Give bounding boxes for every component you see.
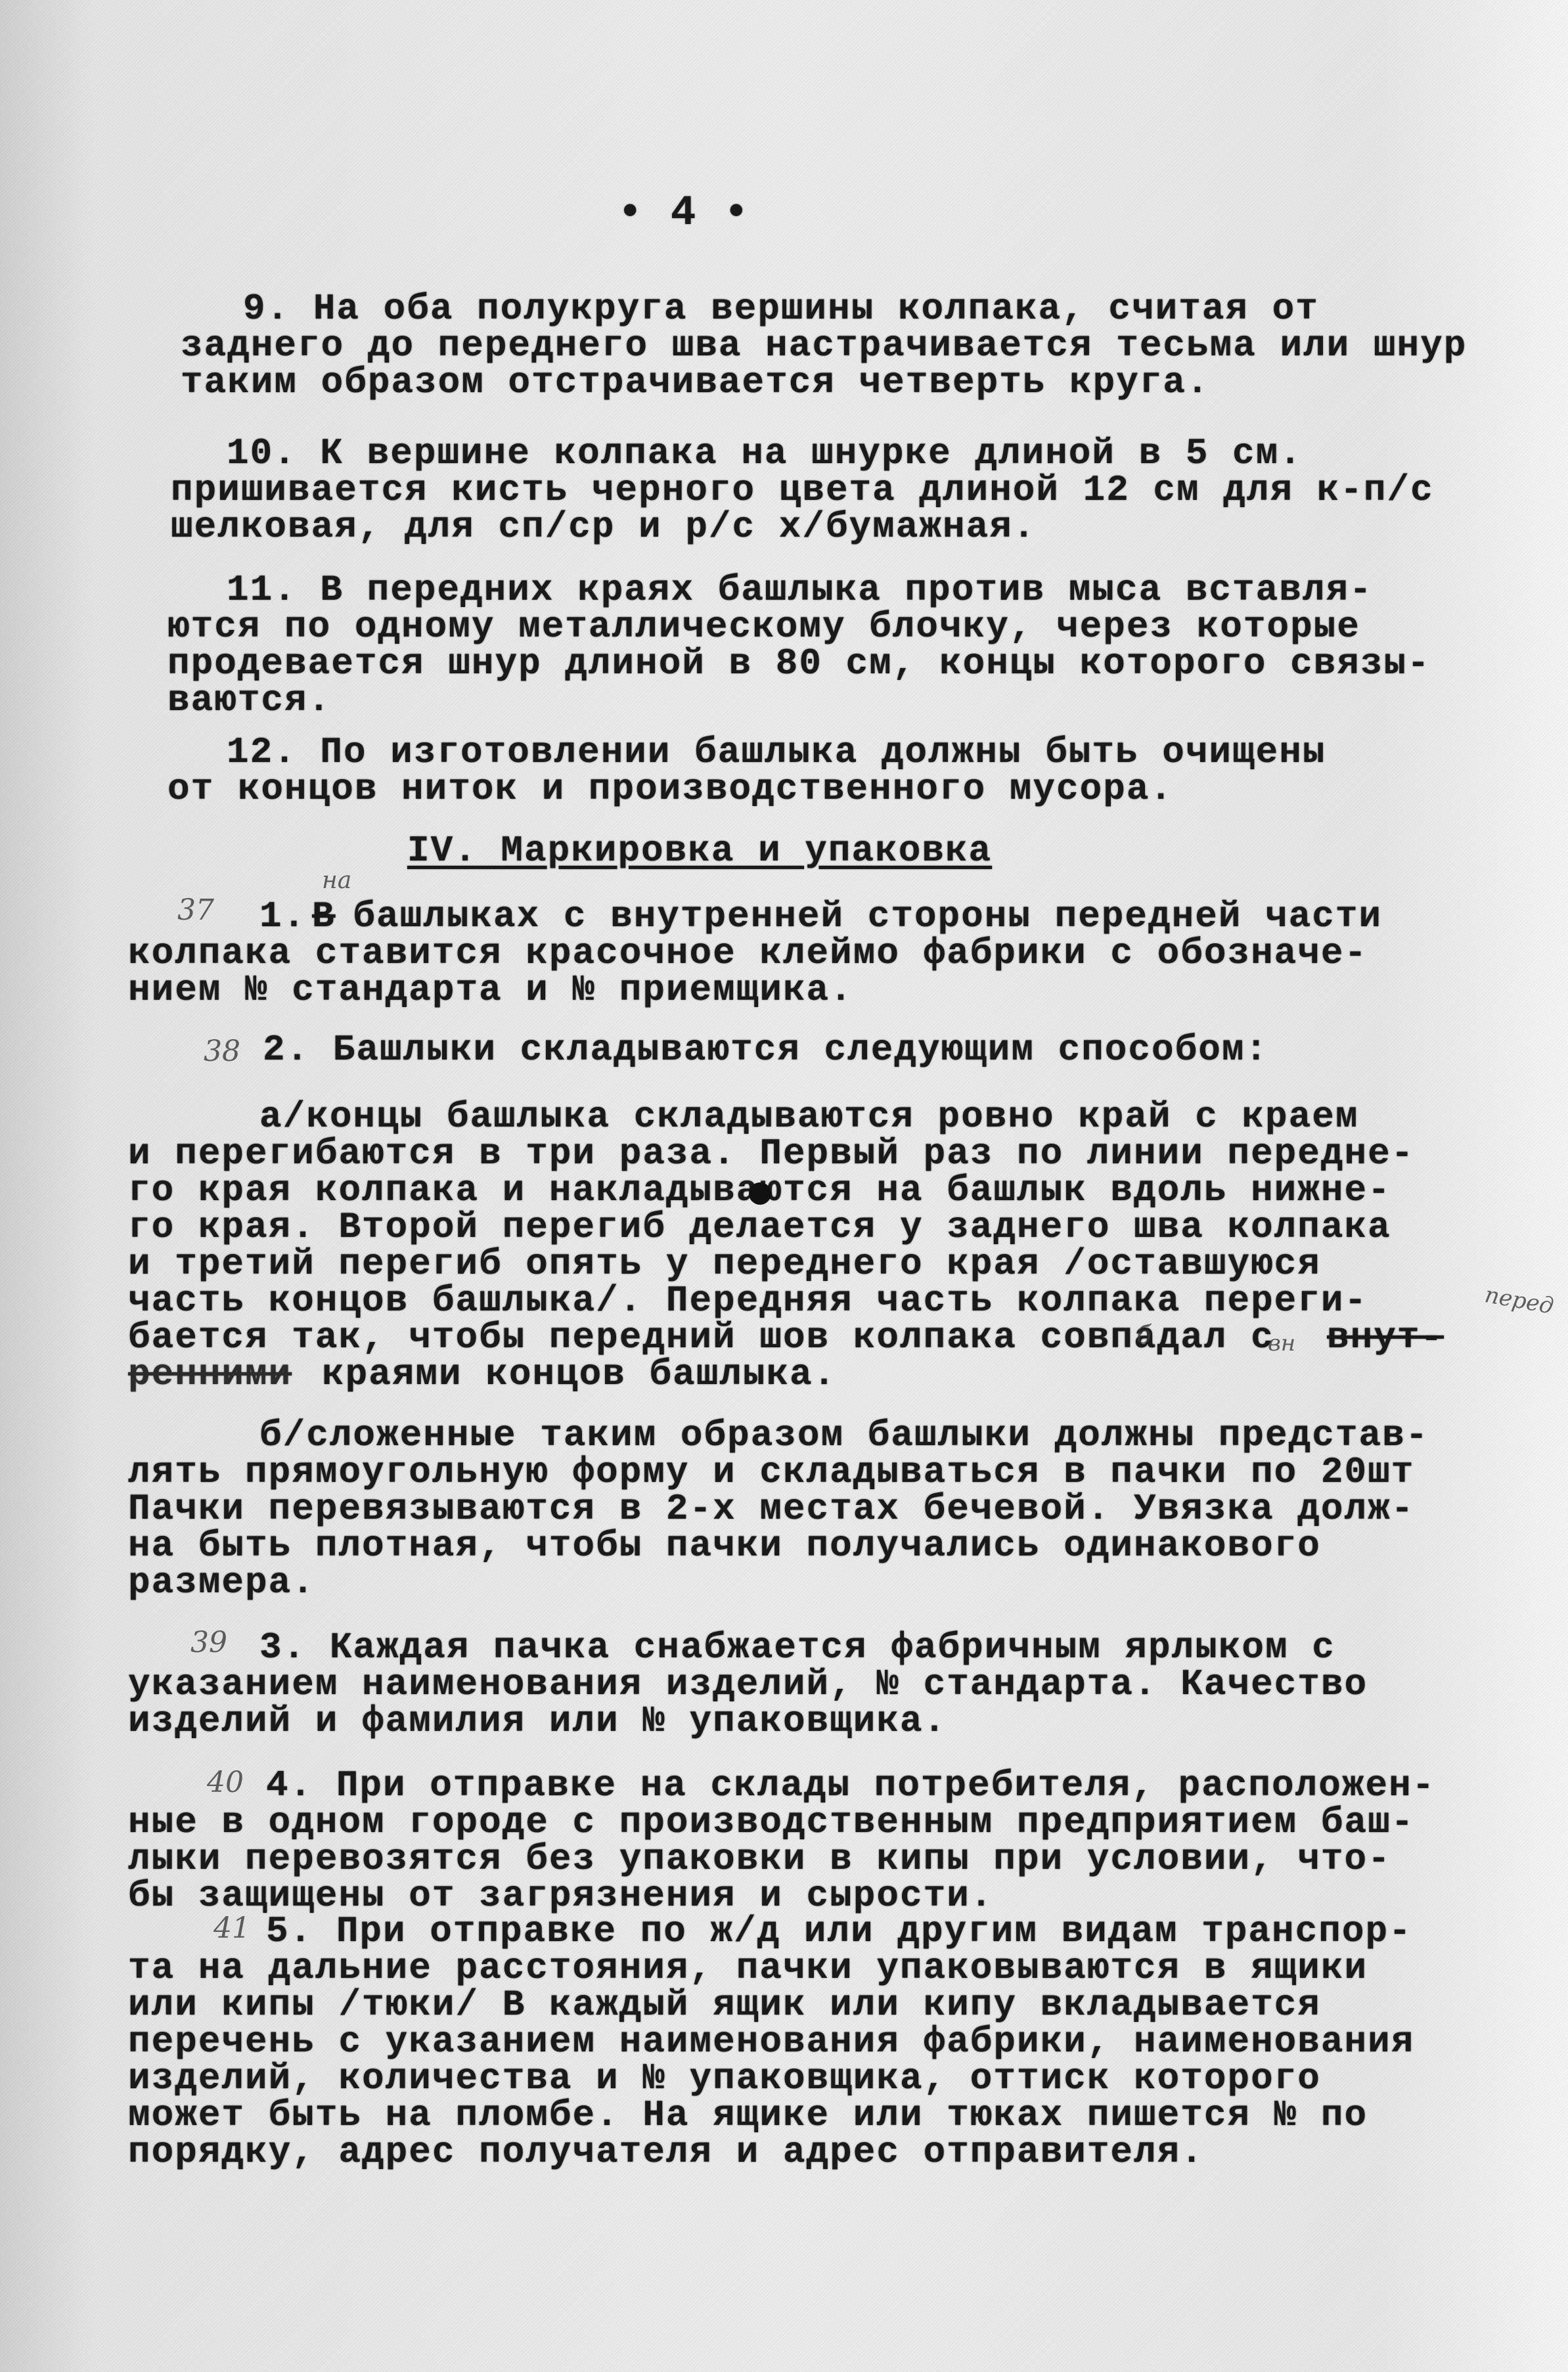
text-line: от концов ниток и производственного мусо… (168, 769, 1173, 809)
text-line: а/концы башлыка складываются ровно край … (259, 1097, 1358, 1136)
ink-blot (749, 1182, 771, 1205)
text-line: 11. В передних краях башлыка против мыса… (227, 570, 1373, 610)
text-line: 3. Каждая пачка снабжается фабричным ярл… (259, 1628, 1335, 1667)
text-line: 2. Башлыки складываются следующим способ… (263, 1030, 1268, 1069)
text-line: может быть на пломбе. На ящике или тюках… (128, 2095, 1368, 2135)
text-line: колпака ставится красочное клеймо фабрик… (128, 933, 1368, 973)
text-line: пришивается кисть черного цвета длиной 1… (171, 470, 1434, 510)
text-line: и перегибаются в три раза. Первый раз по… (128, 1134, 1414, 1173)
text-line: размера. (128, 1563, 315, 1602)
text-line: 10. К вершине колпака на шнурке длиной в… (227, 434, 1303, 473)
text-line: 1. башлыках с внутренней стороны передне… (259, 897, 1382, 936)
text-line: часть концов башлыка/. Передняя часть ко… (128, 1281, 1368, 1320)
text-line: заднего до переднего шва настрачивается … (181, 326, 1467, 365)
handwritten-number: 39 (190, 1626, 227, 1659)
text-line: на быть плотная, чтобы пачки получались … (128, 1526, 1321, 1565)
struck-letter: В (312, 897, 336, 936)
page-number: • 4 • (617, 194, 750, 233)
handwritten-number: 40 (207, 1766, 244, 1799)
struck-word: внут- (1327, 1318, 1444, 1357)
text-line: бы защищены от загрязнения и сырости. (128, 1876, 993, 1915)
text-line: 12. По изготовлении башлыка должны быть … (227, 732, 1326, 772)
handwritten-note: вн (1268, 1330, 1295, 1356)
handwritten-number: 38 (204, 1035, 240, 1068)
handwritten-note: б (1136, 1320, 1152, 1349)
text-line: та на дальние расстояния, пачки упаковыв… (128, 1948, 1368, 1988)
handwritten-number: 41 (213, 1912, 250, 1945)
scanned-document-page: • 4 • 9. На оба полукруга вершины колпак… (0, 0, 1568, 2372)
text-line: лыки перевозятся без упаковки в кипы при… (128, 1839, 1391, 1879)
handwritten-number: 37 (177, 893, 214, 927)
text-line: изделий и фамилия или № упаковщика. (128, 1701, 947, 1741)
text-line: 5. При отправке по ж/д или другим видам … (266, 1912, 1412, 1951)
text-line: порядку, адрес получателя и адрес отправ… (128, 2132, 1204, 2172)
text-line: бается так, чтобы передний шов колпака с… (128, 1318, 1274, 1357)
text-line: ются по одному металлическому блочку, че… (168, 607, 1360, 646)
text-line: перечень с указанием наименования фабрик… (128, 2022, 1414, 2061)
text-line: изделий, количества и № упаковщика, отти… (128, 2059, 1321, 2098)
struck-word: ренними (128, 1354, 292, 1394)
section-heading: IV. Маркировка и упаковка (407, 831, 992, 870)
text-line: таким образом отстрачивается четверть кр… (181, 363, 1210, 402)
text-line: или кипы /тюки/ В каждый ящик или кипу в… (128, 1985, 1321, 2025)
text-line: указанием наименования изделий, № станда… (128, 1665, 1368, 1704)
text-line: Пачки перевязываются в 2-х местах бечево… (128, 1489, 1414, 1529)
text-line: продевается шнур длиной в 80 см, концы к… (168, 644, 1431, 683)
handwritten-note: перед (1483, 1282, 1556, 1320)
text-line: шелковая, для сп/ср и р/с х/бумажная. (171, 507, 1036, 547)
text-line: нием № стандарта и № приемщика. (128, 970, 853, 1010)
text-line: б/сложенные таким образом башлыки должны… (259, 1416, 1429, 1455)
text-line: краями концов башлыка. (322, 1354, 836, 1394)
text-line: и третий перегиб опять у переднего края … (128, 1244, 1321, 1284)
text-line: 9. На оба полукруга вершины колпака, счи… (243, 289, 1319, 328)
text-line: ные в одном городе с производственным пр… (128, 1802, 1414, 1842)
text-line: ваются. (168, 681, 331, 720)
text-line: лять прямоугольную форму и складываться … (128, 1452, 1414, 1492)
text-line: 4. При отправке на склады потребителя, р… (266, 1766, 1435, 1805)
handwritten-insert: на (322, 867, 351, 894)
text-line: го края. Второй перегиб делается у задне… (128, 1207, 1391, 1247)
